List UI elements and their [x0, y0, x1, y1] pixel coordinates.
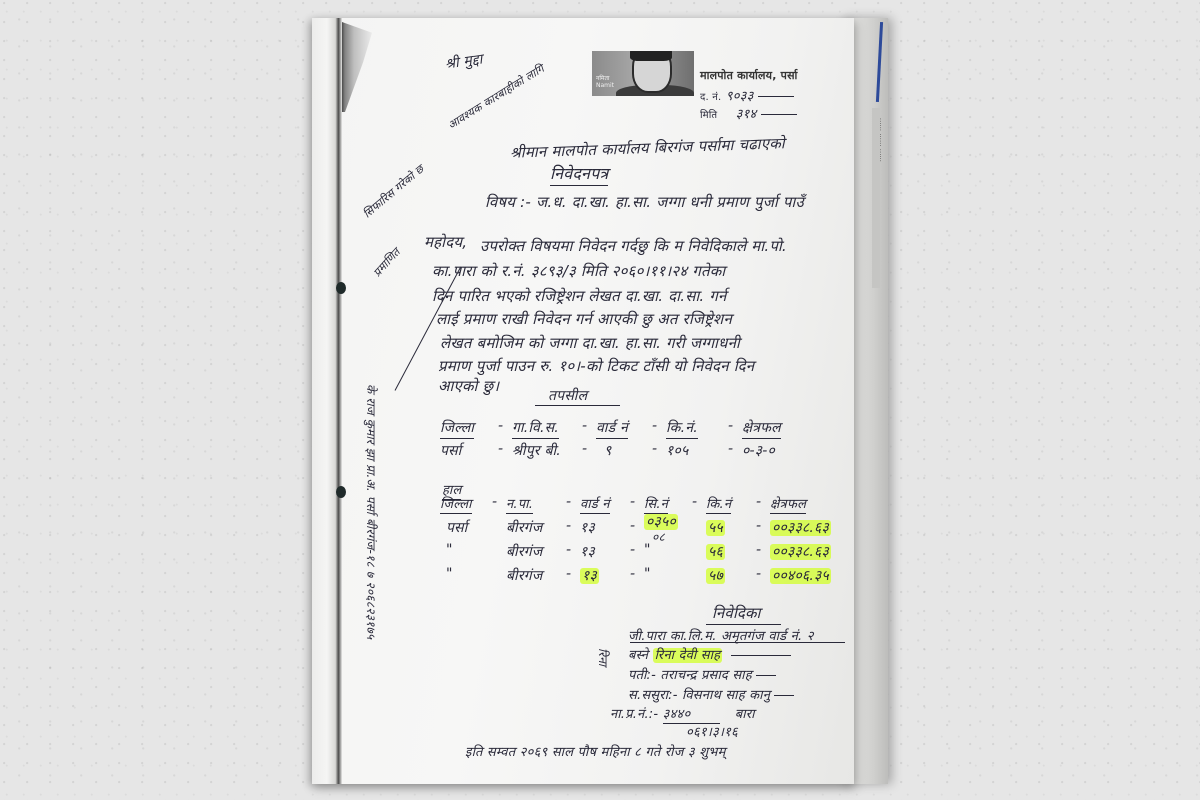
table-cell: ५६	[706, 542, 725, 561]
table-cell: "	[644, 566, 651, 582]
table-separator: -	[728, 418, 733, 434]
table-separator: -	[582, 418, 587, 434]
office-stamp: मालपोत कार्यालय, पर्सा	[700, 68, 798, 83]
citizenship-row: ना.प्र.नं.:- ३४४० बारा	[610, 704, 755, 722]
table-cell: "	[644, 542, 651, 558]
table-separator: -	[498, 441, 503, 457]
table-cell: "	[446, 542, 453, 558]
binder-ring-icon	[336, 486, 346, 498]
body-line: आएको छु।	[438, 376, 499, 396]
footer-date-line: इति सम्वत २०६९ साल पौष महिना ८ गते रोज ३…	[465, 742, 726, 760]
applicant-signature: रिना	[595, 648, 612, 666]
table-cell: पर्सा	[446, 518, 467, 537]
tapsil-title: तपसील	[548, 386, 587, 405]
photo-caption: नमिता Namit	[596, 75, 614, 89]
table-cell: ०-३-०	[742, 441, 775, 460]
table-cell: पर्सा	[440, 441, 461, 460]
applicant-father-in-law: स.ससुरा:- विसनाथ साह कानु	[628, 685, 794, 703]
table-separator: -	[756, 518, 761, 534]
table-separator: -	[566, 494, 571, 510]
table-header: क्षेत्रफल	[770, 494, 806, 514]
table-separator: -	[582, 441, 587, 457]
table-cell: १३	[580, 566, 599, 585]
citizenship-date: ०६१।३।१६	[686, 722, 738, 740]
margin-note-rotated: के राज कुमार झा प्रा.अ. पर्सा बीरगंज-१८ …	[363, 384, 380, 639]
table-separator: -	[756, 494, 761, 510]
table-cell: ५७	[706, 566, 725, 585]
table-cell: ००४०६.३५	[770, 566, 831, 585]
darta-date: मिति ३१४	[700, 104, 797, 122]
subject-line: विषय :- ज.ध. दा.खा. हा.सा. जग्गा धनी प्र…	[485, 192, 804, 212]
table-separator: -	[630, 494, 635, 510]
table-cell: १३	[580, 542, 595, 561]
binder-ring-icon	[336, 282, 346, 294]
body-line: दिन पारित भएको रजिष्ट्रेशन लेखत दा.खा. द…	[432, 286, 727, 306]
table-cell: १३	[580, 518, 595, 537]
body-line: प्रमाण पुर्जा पाउन रु. १०।-को टिकट टाँसी…	[438, 356, 754, 376]
applicant-name: रिना देवी साह	[653, 648, 723, 663]
table-separator: -	[566, 518, 571, 534]
table-header: न.पा.	[506, 494, 533, 514]
table-separator: -	[630, 566, 635, 582]
table-header: जिल्ला	[440, 494, 472, 514]
table-cell: ९	[604, 441, 611, 460]
table-separator: -	[692, 494, 697, 510]
table-cell: ००३३८.६३	[770, 542, 831, 561]
darta-number: द. नं. ९०३३	[700, 86, 794, 104]
table-header: गा.वि.स.	[512, 418, 559, 439]
table-header: वार्ड नं	[596, 418, 628, 439]
body-line: का.पारा को र.नं. ३८९३/३ मिति २०६०।११।२४ …	[432, 261, 725, 281]
table-header: कि.नं.	[666, 418, 698, 439]
table-separator: -	[630, 518, 635, 534]
table-separator: -	[566, 542, 571, 558]
binding-edge	[312, 18, 342, 784]
table-cell: "	[446, 566, 453, 582]
body-line: लेखत बमोजिम को जग्गा दा.खा. हा.सा. गरी ज…	[440, 333, 740, 353]
table-separator: -	[566, 566, 571, 582]
table-cell: बीरगंज	[506, 566, 542, 585]
table-cell: १०५	[666, 441, 688, 460]
table-header: सि.नं	[644, 494, 668, 514]
table-cell: ५५	[706, 518, 725, 537]
applicant-photo: नमिता Namit	[592, 51, 694, 96]
salutation: महोदय,	[424, 232, 467, 252]
table-header: जिल्ला	[440, 418, 474, 439]
document-heading: निवेदनपत्र	[550, 162, 608, 186]
table-cell: बीरगंज	[506, 518, 542, 537]
body-line: लाई प्रमाण राखी निवेदन गर्न आएकी छु अत र…	[436, 309, 732, 329]
table-cell: ०८	[652, 528, 665, 545]
table-separator: -	[756, 566, 761, 582]
table-separator: -	[756, 542, 761, 558]
stack-print-text: ...... ...... ......	[878, 118, 885, 162]
table-cell: बीरगंज	[506, 542, 542, 561]
table-separator: -	[630, 542, 635, 558]
table-cell: श्रीपुर बी.	[512, 441, 561, 460]
table-separator: -	[728, 441, 733, 457]
table-separator: -	[652, 418, 657, 434]
table-separator: -	[498, 418, 503, 434]
table-header: क्षेत्रफल	[742, 418, 781, 439]
body-line: उपरोक्त विषयमा निवेदन गर्दछु कि म निवेदि…	[480, 236, 787, 256]
applicant-title: निवेदिका	[706, 603, 781, 625]
blue-ink-mark	[876, 22, 883, 102]
table-header: कि.नं	[706, 494, 731, 514]
table-separator: -	[652, 441, 657, 457]
table-header: वार्ड नं	[580, 494, 610, 514]
applicant-name-row: बस्ने रिना देवी साह	[628, 645, 791, 663]
applicant-husband: पती:- तराचन्द्र प्रसाद साह	[628, 665, 776, 683]
table-separator: -	[492, 494, 497, 510]
table-cell: ००३३८.६३	[770, 518, 831, 537]
